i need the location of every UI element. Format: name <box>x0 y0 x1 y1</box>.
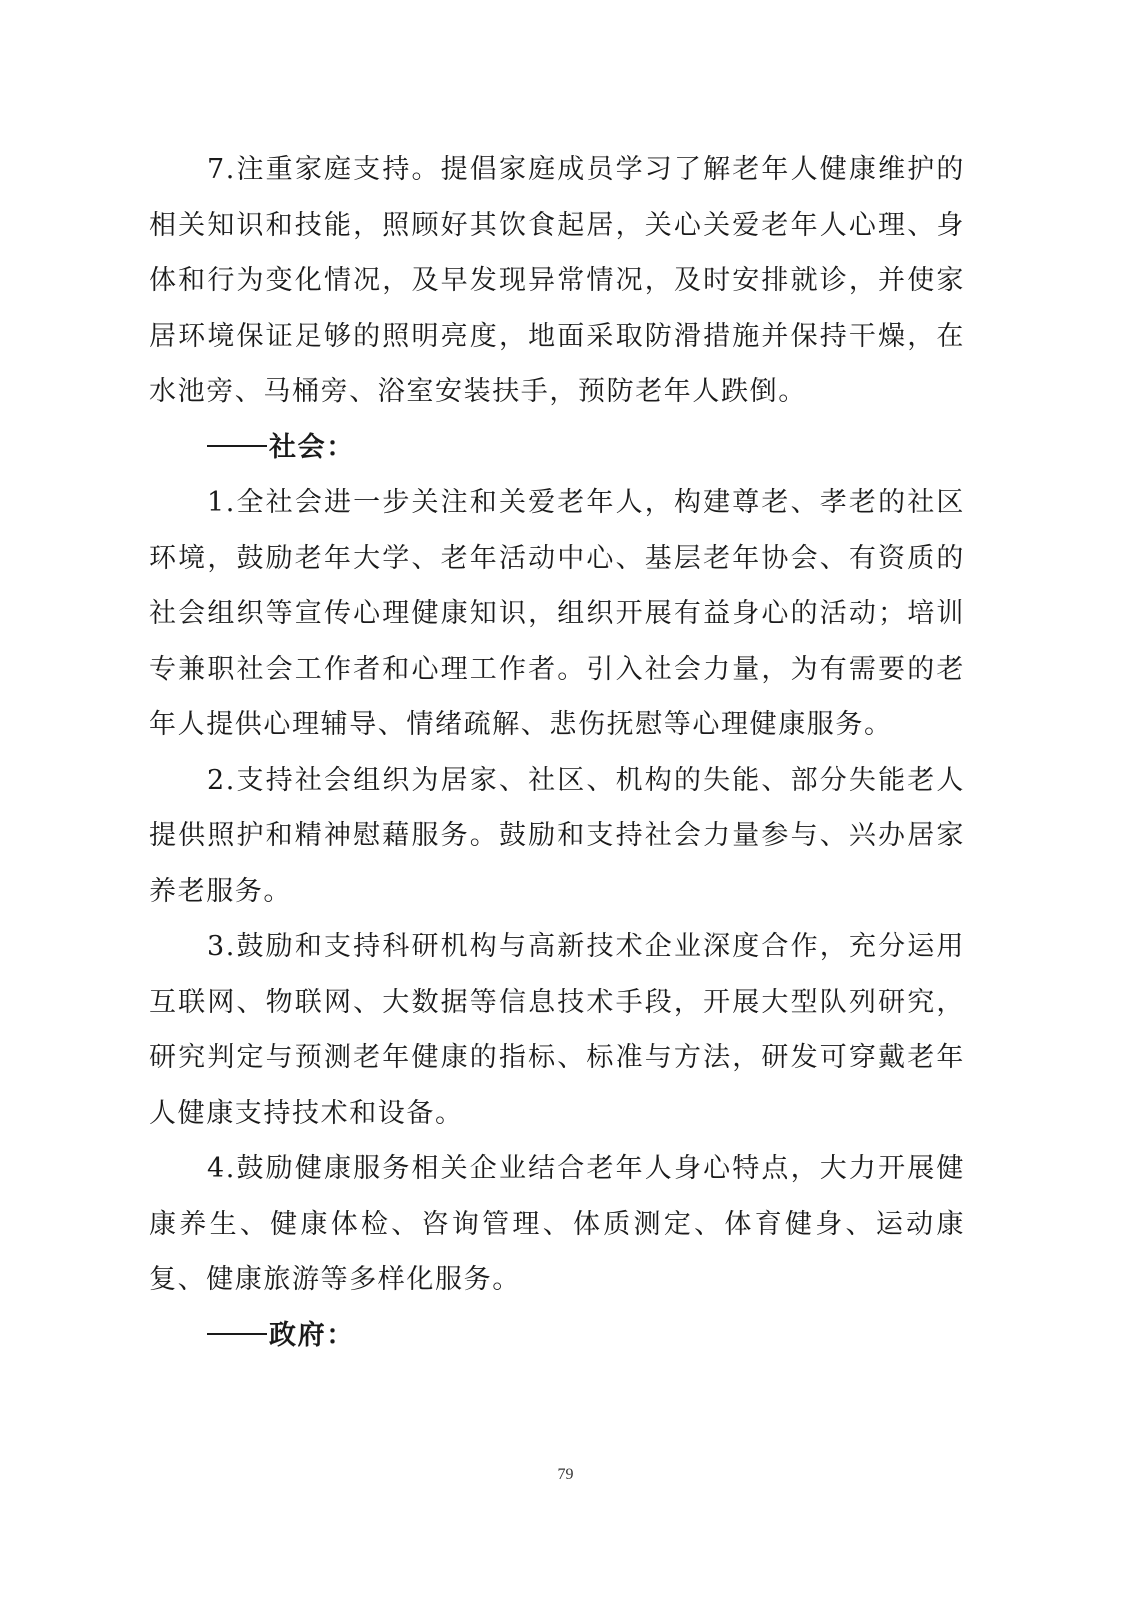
section-heading-government: 政府： <box>149 1308 965 1364</box>
page-number: 79 <box>0 1466 1131 1484</box>
heading-text: 政府： <box>269 1320 355 1351</box>
paragraph-society-item-2: 2.支持社会组织为居家、社区、机构的失能、部分失能老人提供照护和精神慰藉服务。鼓… <box>149 753 965 920</box>
section-heading-society: 社会： <box>149 420 965 476</box>
paragraph-society-item-3: 3.鼓励和支持科研机构与高新技术企业深度合作，充分运用互联网、物联网、大数据等信… <box>149 919 965 1141</box>
em-dash-rule <box>207 1333 267 1335</box>
em-dash-rule <box>207 445 267 447</box>
document-page: 7.注重家庭支持。提倡家庭成员学习了解老年人健康维护的相关知识和技能，照顾好其饮… <box>149 142 965 1363</box>
paragraph-family-support: 7.注重家庭支持。提倡家庭成员学习了解老年人健康维护的相关知识和技能，照顾好其饮… <box>149 142 965 420</box>
paragraph-society-item-1: 1.全社会进一步关注和关爱老年人，构建尊老、孝老的社区环境，鼓励老年大学、老年活… <box>149 475 965 753</box>
paragraph-society-item-4: 4.鼓励健康服务相关企业结合老年人身心特点，大力开展健康养生、健康体检、咨询管理… <box>149 1141 965 1308</box>
heading-text: 社会： <box>269 432 355 463</box>
